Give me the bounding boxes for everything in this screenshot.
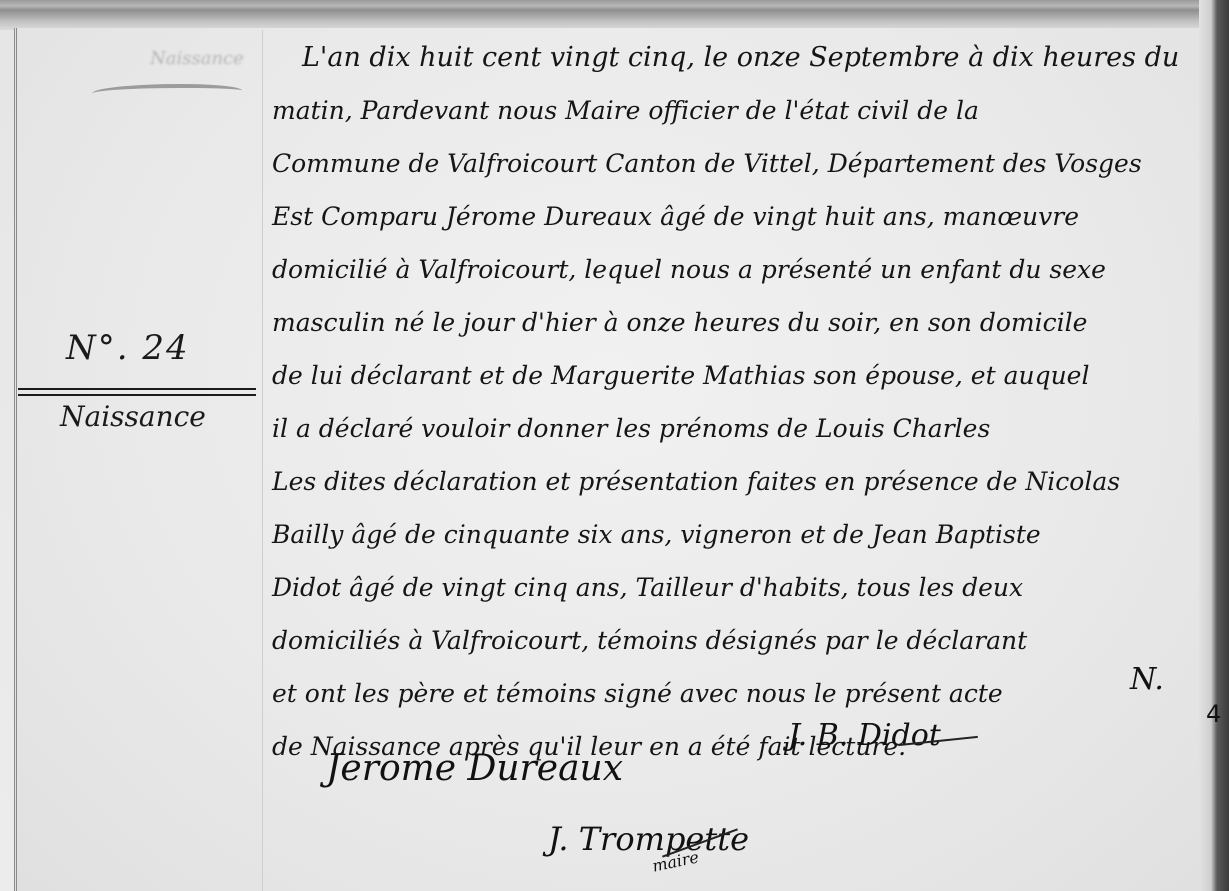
record-line-text: Est Comparu Jérome Dureaux âgé de vingt … (262, 191, 1079, 243)
record-line-text: Les dites déclaration et présentation fa… (262, 456, 1120, 508)
scanned-page: Naissance N°. 24 Naissance L'an dix huit… (0, 0, 1229, 891)
record-line-text: matin, Pardevant nous Maire officier de … (262, 85, 979, 137)
marginal-number: 4 (1206, 700, 1221, 728)
record-line-text: il a déclaré vouloir donner les prénoms … (262, 403, 990, 455)
record-line: Les dites déclaration et présentation fa… (262, 456, 1222, 509)
signature-witness: J. B. Didot (788, 718, 941, 753)
record-line-text: Didot âgé de vingt cinq ans, Tailleur d'… (262, 562, 1023, 614)
record-line: Bailly âgé de cinquante six ans, vignero… (262, 509, 1222, 562)
record-line: de lui déclarant et de Marguerite Mathia… (262, 350, 1222, 403)
record-line: Est Comparu Jérome Dureaux âgé de vingt … (262, 191, 1222, 244)
record-line: et ont les père et témoins signé avec no… (262, 668, 1222, 721)
margin-double-rule (18, 388, 256, 396)
record-line-text: Bailly âgé de cinquante six ans, vignero… (262, 509, 1041, 561)
bleedthrough-text: Naissance (150, 48, 244, 69)
entry-number: N°. 24 (66, 328, 190, 368)
record-line-text: Commune de Valfroicourt Canton de Vittel… (262, 138, 1142, 190)
record-line-text: de lui déclarant et de Marguerite Mathia… (262, 350, 1089, 402)
record-line: domicilié à Valfroicourt, lequel nous a … (262, 244, 1222, 297)
record-line: domiciliés à Valfroicourt, témoins désig… (262, 615, 1222, 668)
record-line-text: L'an dix huit cent vingt cinq, le onze S… (262, 32, 1179, 84)
bleedthrough-arrow (92, 84, 242, 100)
page-top-edge (0, 0, 1229, 30)
record-line: matin, Pardevant nous Maire officier de … (262, 85, 1222, 138)
record-line-text: domicilié à Valfroicourt, lequel nous a … (262, 244, 1106, 296)
record-line: Didot âgé de vingt cinq ans, Tailleur d'… (262, 562, 1222, 615)
record-line-text: domiciliés à Valfroicourt, témoins désig… (262, 615, 1027, 667)
marginal-note: N. (1130, 662, 1164, 697)
record-body: L'an dix huit cent vingt cinq, le onze S… (262, 32, 1222, 774)
record-line: masculin né le jour d'hier à onze heures… (262, 297, 1222, 350)
record-line: il a déclaré vouloir donner les prénoms … (262, 403, 1222, 456)
record-line: Commune de Valfroicourt Canton de Vittel… (262, 138, 1222, 191)
signature-mayor: J. Trompette (548, 820, 749, 858)
entry-type-title: Naissance (60, 400, 206, 433)
record-line-text: et ont les père et témoins signé avec no… (262, 668, 1003, 720)
record-line: L'an dix huit cent vingt cinq, le onze S… (262, 32, 1222, 85)
signature-father: Jerome Dureaux (326, 748, 623, 789)
record-line-text: masculin né le jour d'hier à onze heures… (262, 297, 1087, 349)
